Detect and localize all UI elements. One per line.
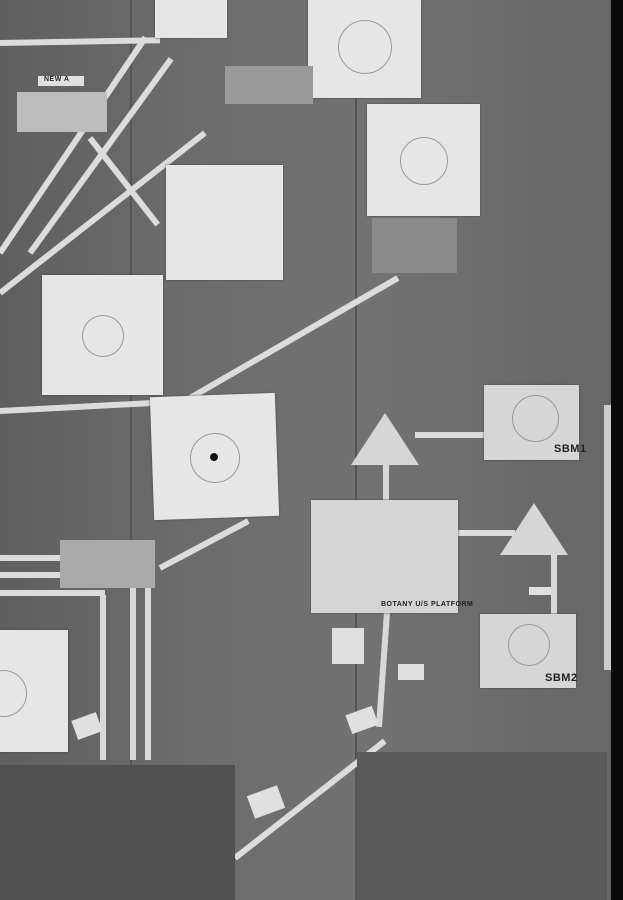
wall-photo: NEW A SBM1 BOTANY U/S PLATFORM SBM2 — [0, 0, 623, 900]
paper-strip — [0, 572, 60, 578]
radial-chart-sheet — [308, 0, 421, 98]
sbm1-label: SBM1 — [554, 443, 587, 455]
paper-note — [71, 712, 102, 740]
board — [0, 765, 235, 900]
paper-note — [372, 218, 457, 273]
photo-edge — [611, 0, 623, 900]
paper-strip — [0, 36, 148, 255]
radial-chart-sheet — [0, 630, 68, 752]
paper-strip — [100, 595, 106, 760]
paper-note — [398, 664, 424, 680]
paper-note — [60, 540, 155, 588]
paper-note — [345, 706, 378, 734]
triangle-node — [351, 413, 419, 465]
paper-strip — [383, 465, 389, 505]
paper-note — [225, 66, 313, 104]
note-label-text: NEW A — [44, 76, 70, 83]
paper-sheet — [155, 0, 227, 38]
paper-strip — [0, 555, 60, 561]
triangle-node — [500, 503, 568, 555]
paper-note — [247, 785, 285, 818]
paper-strip — [551, 552, 557, 614]
paper-note — [529, 587, 551, 595]
paper-strip — [159, 518, 250, 570]
paper-strip — [415, 432, 485, 438]
paper-strip — [376, 612, 390, 727]
sbm2-box: SBM2 — [480, 614, 576, 688]
paper-sheet — [166, 165, 283, 280]
platform-label: BOTANY U/S PLATFORM — [381, 601, 473, 608]
radial-chart-sheet — [42, 275, 163, 395]
radial-chart-sheet — [150, 393, 279, 520]
paper-note — [332, 628, 364, 664]
paper-strip — [0, 590, 105, 596]
platform-box: BOTANY U/S PLATFORM — [311, 500, 458, 613]
paper-strip — [145, 585, 151, 760]
radial-chart-sheet — [367, 104, 480, 216]
sbm1-box: SBM1 — [484, 385, 579, 460]
paper-note — [17, 92, 107, 132]
paper-strip — [189, 275, 400, 400]
board — [357, 752, 607, 900]
paper-strip — [130, 585, 136, 760]
sbm2-label: SBM2 — [545, 672, 578, 684]
